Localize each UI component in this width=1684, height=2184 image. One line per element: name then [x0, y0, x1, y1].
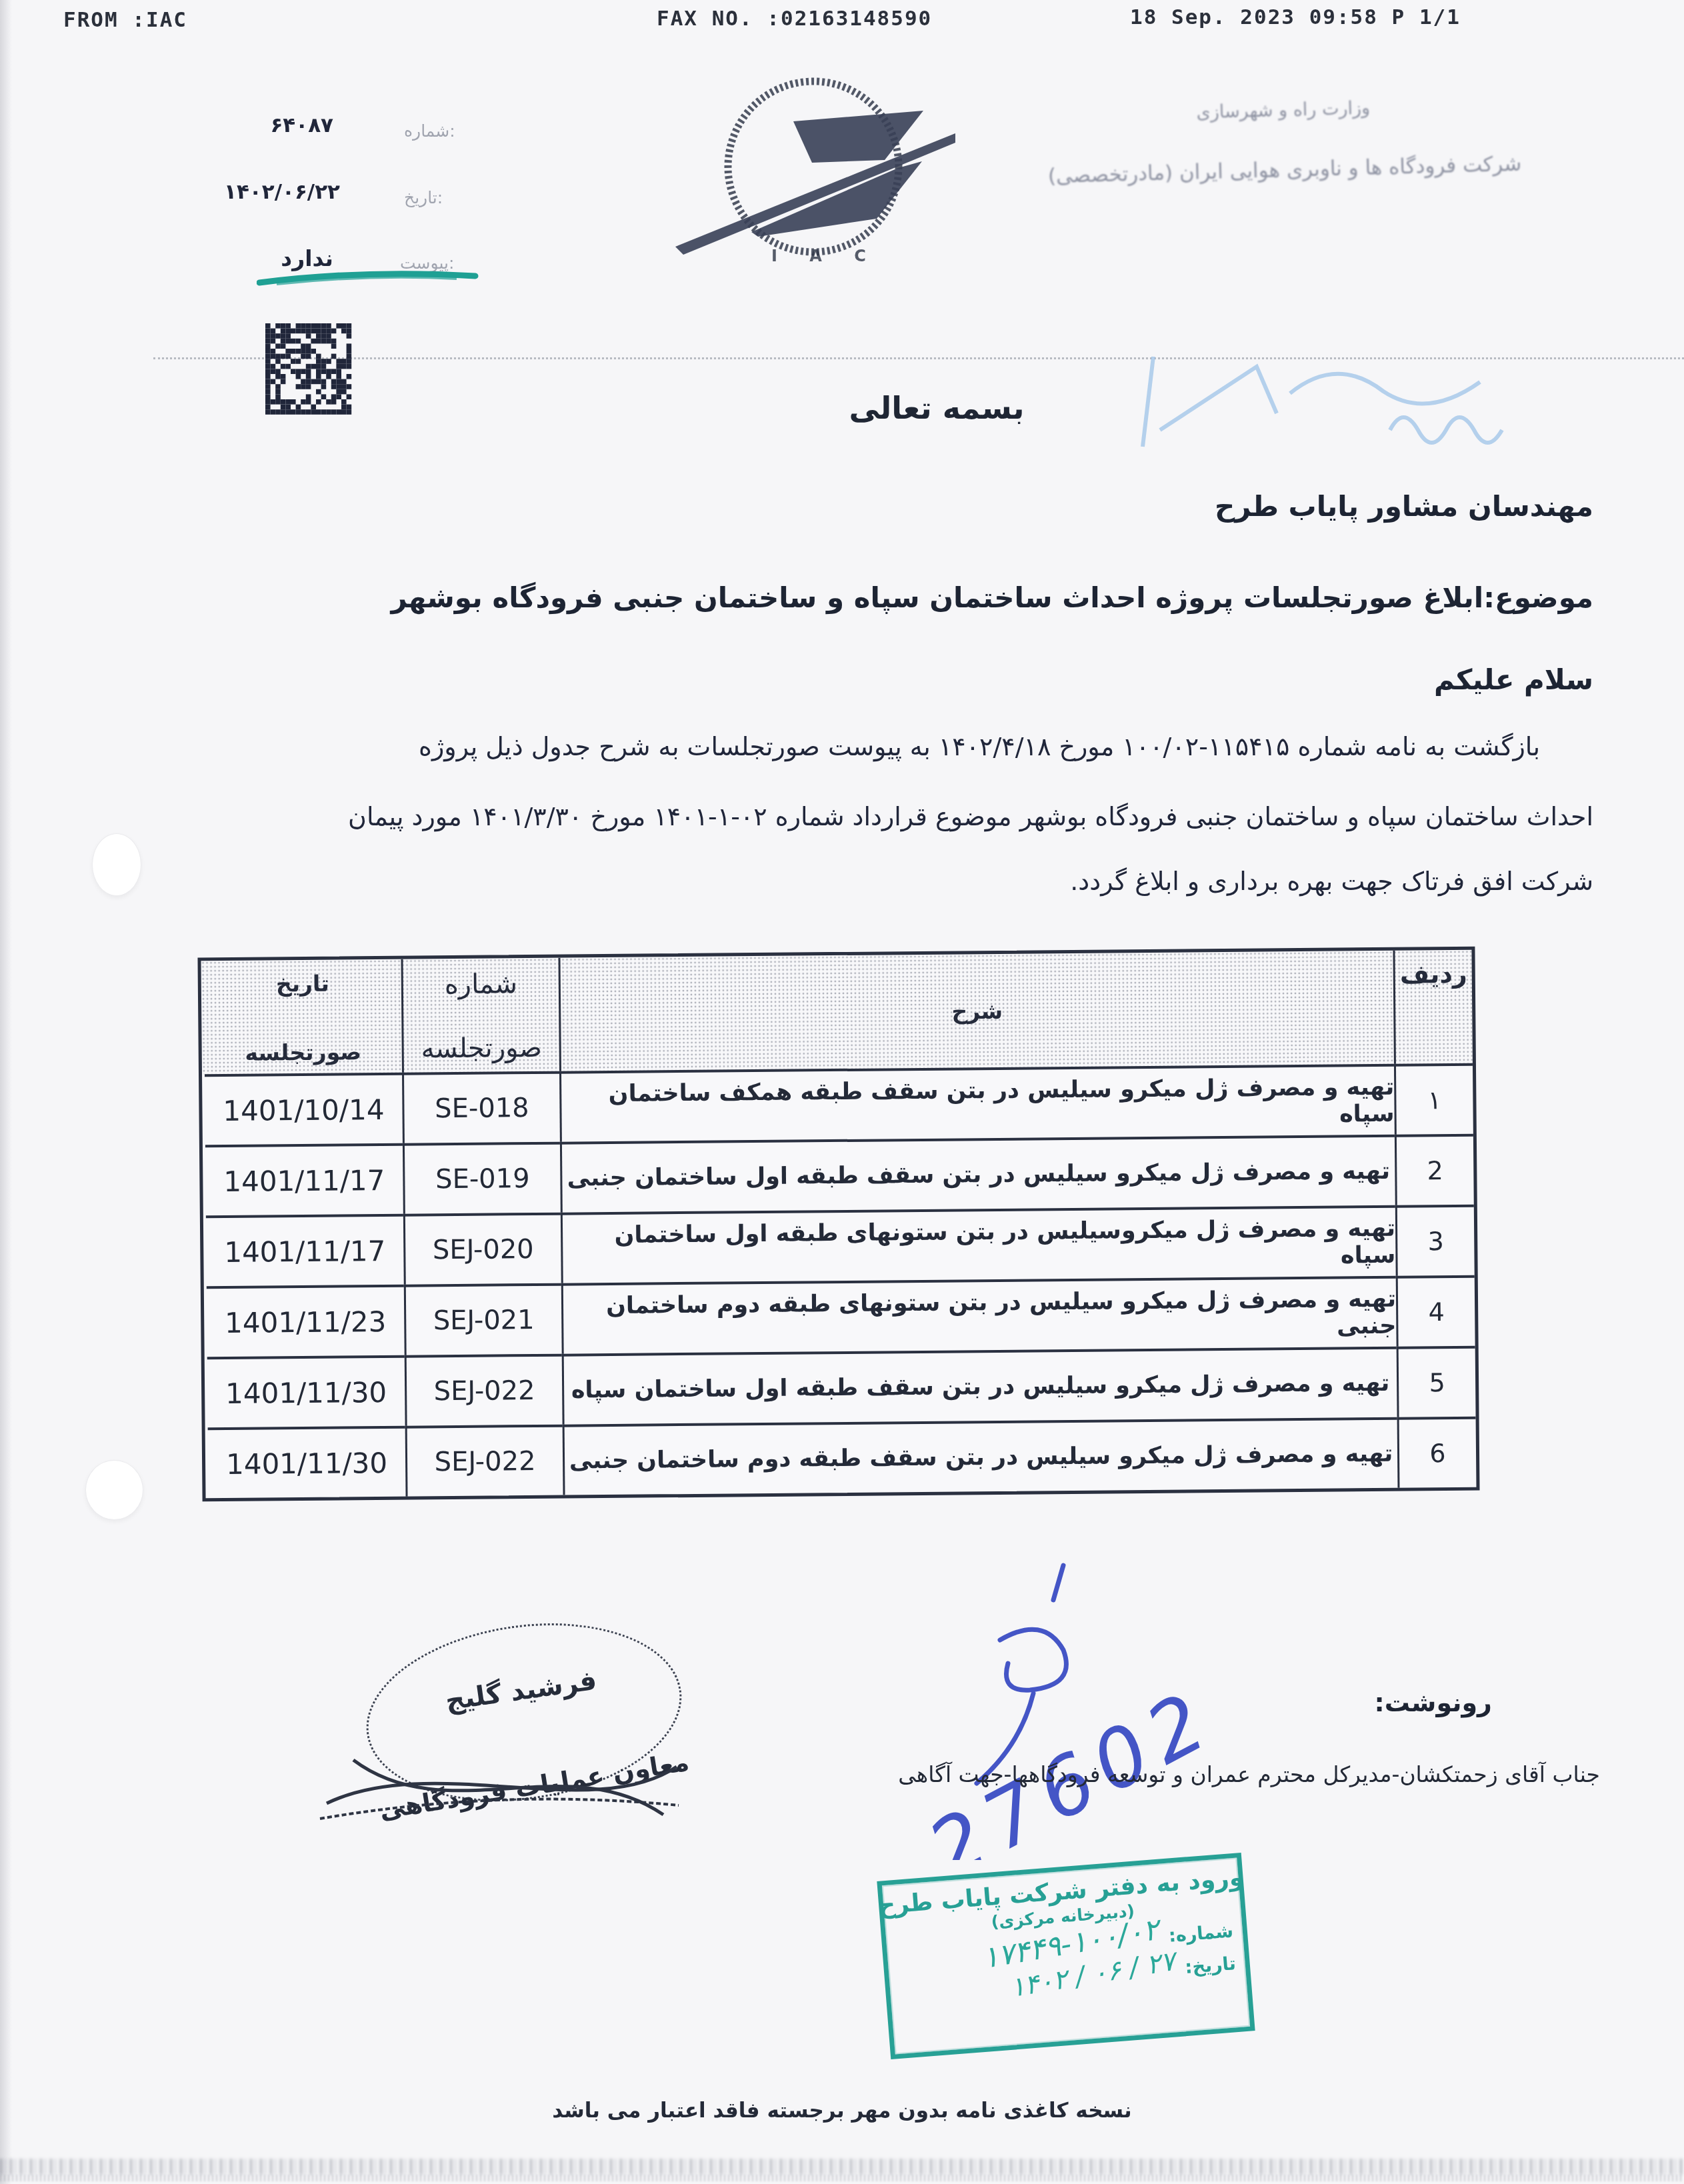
- ref-number-value: ۶۴۰۸۷: [180, 113, 333, 137]
- fax-from: FROM :IAC: [63, 8, 187, 32]
- faint-blue-stamp-icon: [1133, 330, 1573, 463]
- company-name: شرکت فرودگاه ها و ناوبری هوایی ایران (ما…: [1038, 151, 1532, 188]
- minutes-number-cell: SEJ-022: [405, 1425, 563, 1497]
- minutes-number-cell: SE-018: [402, 1071, 560, 1143]
- besmele-text: بسمه تعالی: [827, 390, 1047, 426]
- punch-hole: [85, 1460, 143, 1520]
- ref-date-value: ۱۴۰۲/۰۶/۲۲: [150, 180, 340, 204]
- table-row: 2تهیه و مصرف ژل میکرو سیلیس در بتن سقف ط…: [203, 1134, 1474, 1216]
- svg-text:I A C: I A C: [771, 247, 879, 265]
- entry-registration-stamp: ورود به دفتر شرکت پایاب طرح (دبیرخانه مر…: [877, 1853, 1255, 2059]
- table-row: 3تهیه و مصرف ژل میکروسیلیس در بتن ستونها…: [203, 1205, 1475, 1287]
- header-minutes-date: تاریخ صورتجلسه: [204, 959, 402, 1075]
- letterhead-right-block: وزارت راه و شهرسازی شرکت فرودگاه ها و نا…: [1037, 93, 1532, 188]
- entry-stamp-number-label: شماره:: [1168, 1921, 1234, 1947]
- iac-airports-logo-icon: I A C: [657, 47, 957, 273]
- table-row: 6تهیه و مصرف ژل میکرو سیلیس در بتن سقف ط…: [205, 1417, 1477, 1499]
- row-index-cell: 5: [1397, 1346, 1476, 1417]
- row-index-cell: ۱: [1394, 1063, 1473, 1135]
- minutes-date-cell: 1401/10/14: [205, 1073, 403, 1145]
- description-cell: تهیه و مصرف ژل میکرو سیلیس در بتن سقف طب…: [559, 1064, 1395, 1142]
- table-header-row: ردیف شرح شماره صورتجلسه تاریخ صورتجلسه: [201, 950, 1473, 1075]
- description-cell: تهیه و مصرف ژل میکروسیلیس در بتن ستونهای…: [561, 1205, 1396, 1283]
- footer-validity-note: نسخه کاغذی نامه بدون مهر برجسته فاقد اعت…: [552, 2099, 1131, 2123]
- datamatrix-barcode: [265, 323, 353, 417]
- fax-datetime: 18 Sep. 2023 09:58 P 1/1: [1130, 5, 1461, 29]
- header-number-line2: صورتجلسه: [421, 1033, 542, 1065]
- ref-date-label: تاریخ:: [404, 188, 443, 207]
- header-date-line1: تاریخ: [276, 971, 329, 997]
- bottom-noise-line: [0, 2159, 1684, 2175]
- fax-document-page: FROM :IAC FAX NO. :02163148590 18 Sep. 2…: [0, 0, 1684, 2184]
- table-row: ۱تهیه و مصرف ژل میکرو سیلیس در بتن سقف ط…: [202, 1063, 1473, 1145]
- salutation-line: سلام علیکم: [1434, 663, 1593, 696]
- body-line-3: شرکت افق فرتاک جهت بهره برداری و ابلاغ گ…: [1070, 867, 1593, 896]
- minutes-number-cell: SEJ-021: [404, 1283, 562, 1355]
- header-row-index: ردیف: [1393, 950, 1472, 1064]
- subject-line: موضوع:ابلاغ صورتجلسات پروژه احداث ساختما…: [391, 581, 1593, 614]
- ministry-name: وزارت راه و شهرسازی: [1037, 93, 1531, 127]
- minutes-number-cell: SEJ-020: [403, 1213, 561, 1285]
- recipient-line: مهندسان مشاور پایاب طرح: [1215, 490, 1593, 523]
- bottom-noise-line-2: [0, 2175, 1684, 2181]
- minutes-table-rows: ۱تهیه و مصرف ژل میکرو سیلیس در بتن سقف ط…: [202, 1063, 1476, 1499]
- minutes-date-cell: 1401/11/23: [207, 1285, 405, 1357]
- signature-scribble-icon: [313, 1740, 707, 1840]
- cc-label: رونوشت:: [1375, 1688, 1492, 1717]
- entry-stamp-date-label: تاریخ:: [1184, 1953, 1236, 1978]
- header-date-line2: صورتجلسه: [245, 1039, 361, 1066]
- description-cell: تهیه و مصرف ژل میکرو سیلیس در بتن سقف طب…: [562, 1347, 1397, 1425]
- cc-line: جناب آقای زحمتکشان-مدیرکل محترم عمران و …: [898, 1761, 1600, 1787]
- minutes-number-cell: SE-019: [403, 1142, 561, 1214]
- signatory-name: فرشید گلیج: [443, 1665, 599, 1717]
- table-row: 4تهیه و مصرف ژل میکرو سیلیس در بتن ستونه…: [204, 1275, 1475, 1357]
- minutes-date-cell: 1401/11/17: [206, 1214, 404, 1287]
- punch-hole: [92, 833, 141, 896]
- row-index-cell: 2: [1395, 1134, 1474, 1205]
- header-description-label: شرح: [951, 997, 1003, 1024]
- body-line-2: احداث ساختمان سپاه و ساختمان جنبی فرودگا…: [348, 802, 1593, 831]
- description-cell: تهیه و مصرف ژل میکرو سیلیس در بتن سقف طب…: [560, 1135, 1395, 1213]
- header-description: شرح: [558, 951, 1393, 1071]
- fax-number: FAX NO. :02163148590: [657, 7, 932, 31]
- minutes-table: ردیف شرح شماره صورتجلسه تاریخ صورتجلسه ۱…: [197, 947, 1479, 1502]
- row-index-cell: 3: [1395, 1205, 1475, 1276]
- header-minutes-number: شماره صورتجلسه: [401, 958, 559, 1073]
- scan-edge: [0, 0, 12, 2184]
- description-cell: تهیه و مصرف ژل میکرو سیلیس در بتن ستونها…: [561, 1276, 1397, 1354]
- row-index-cell: 6: [1397, 1417, 1477, 1488]
- minutes-date-cell: 1401/11/17: [205, 1143, 403, 1216]
- minutes-date-cell: 1401/11/30: [207, 1355, 405, 1428]
- body-line-1: بازگشت به نامه شماره ۱۱۵۴۱۵-۱۰۰/۰۲ مورخ …: [419, 732, 1540, 761]
- row-index-cell: 4: [1396, 1275, 1475, 1347]
- teal-underline-mark-icon: [257, 268, 480, 291]
- header-row-index-label: ردیف: [1400, 959, 1467, 989]
- header-number-line1: شماره: [445, 969, 518, 1000]
- handwritten-pen-scribble-icon: 27602: [833, 1553, 1313, 1860]
- table-row: 5تهیه و مصرف ژل میکرو سیلیس در بتن سقف ط…: [205, 1346, 1476, 1428]
- minutes-number-cell: SEJ-022: [405, 1354, 563, 1426]
- ref-number-label: شماره:: [404, 121, 455, 141]
- description-cell: تهیه و مصرف ژل میکرو سیلیس در بتن سقف طب…: [563, 1417, 1398, 1495]
- minutes-date-cell: 1401/11/30: [208, 1426, 406, 1499]
